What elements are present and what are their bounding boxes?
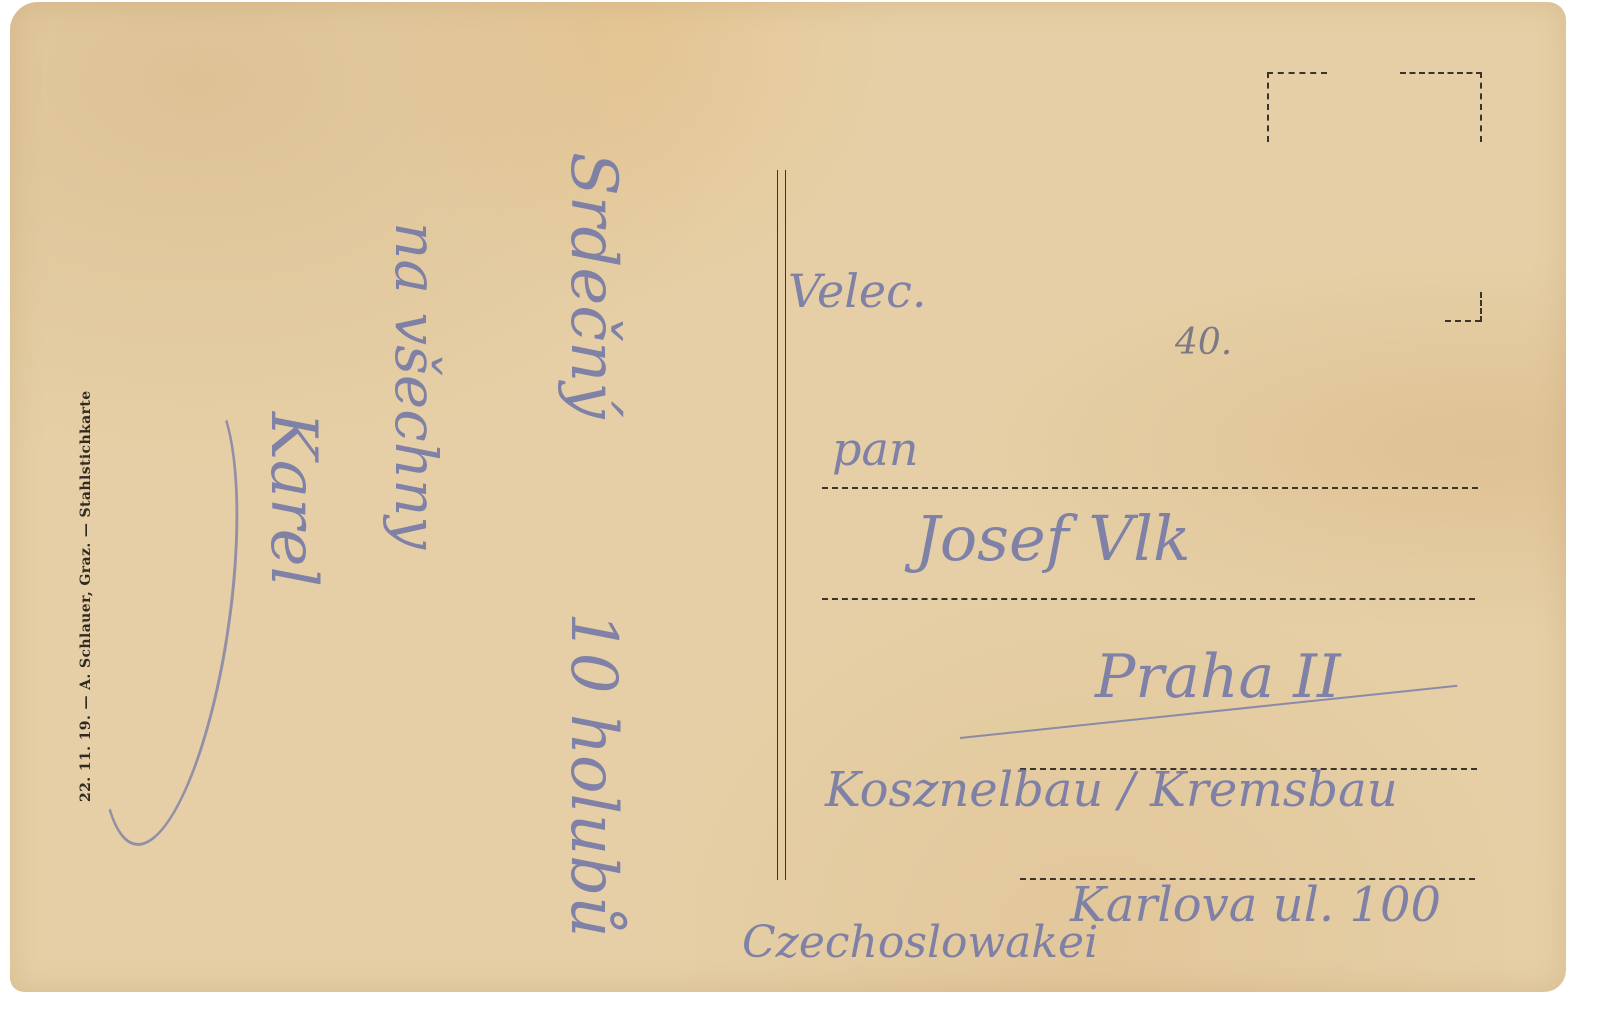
handwritten-number: 40.: [1175, 322, 1232, 363]
stamp-box-top-right: [1400, 72, 1482, 74]
handwritten-salutation: pan: [832, 422, 919, 476]
postcard: 22. 11. 19. — A. Schlauer, Graz. — Stahl…: [10, 2, 1566, 992]
stamp-box-right-lower: [1480, 292, 1482, 322]
address-line-2: [822, 598, 1475, 600]
message-line-1: Srdečný: [556, 152, 630, 419]
handwritten-place: Velec.: [788, 264, 927, 318]
signature-flourish: [73, 375, 263, 854]
handwritten-city-new: Kosznelbau / Kremsbau: [825, 762, 1398, 818]
stamp-box-right: [1480, 72, 1482, 142]
stamp-box-top-left: [1267, 72, 1327, 74]
handwritten-name: Josef Vlk: [915, 502, 1191, 575]
publisher-imprint: 22. 11. 19. — A. Schlauer, Graz. — Stahl…: [78, 390, 94, 802]
message-line-3: na všechny: [382, 222, 450, 549]
message-signature: Karel: [256, 412, 330, 587]
center-divider: [777, 170, 786, 880]
handwritten-street: Karlova ul. 100: [1070, 877, 1441, 933]
handwritten-country: Czechoslowakei: [742, 917, 1098, 968]
stamp-box-left: [1267, 72, 1269, 142]
stamp-box-bottom-right: [1445, 320, 1481, 322]
message-line-2: 10 holubů: [556, 612, 630, 937]
address-line-1: [822, 487, 1478, 489]
